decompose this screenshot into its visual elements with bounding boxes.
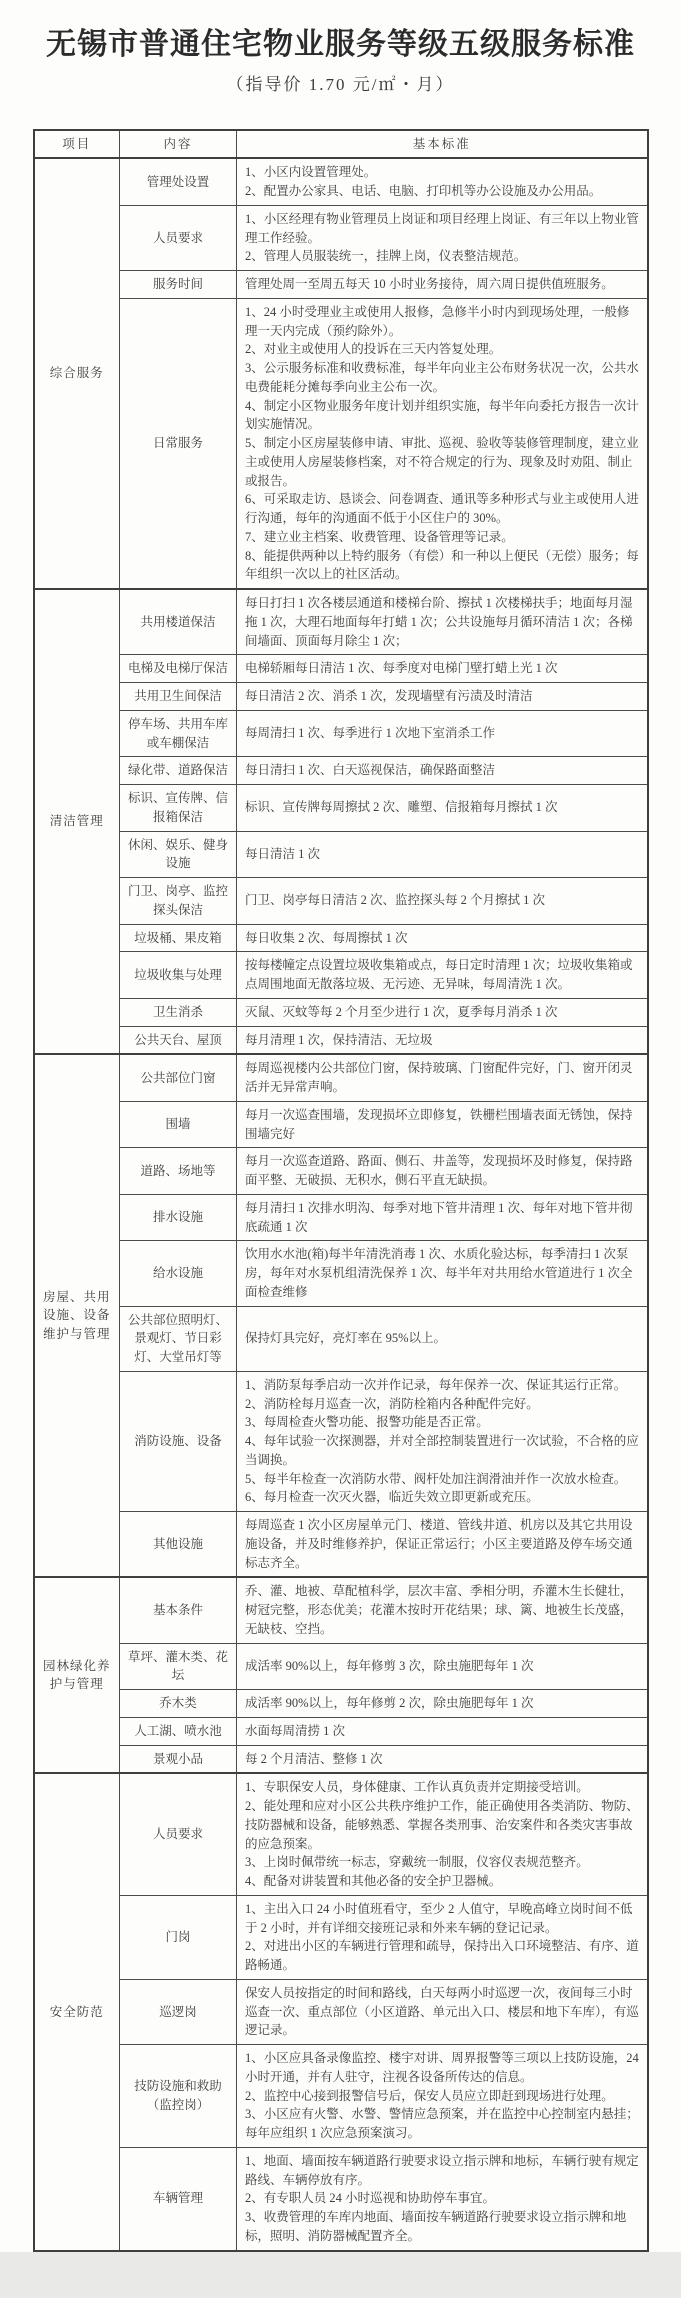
row-content: 保持灯具完好，亮灯率在 95%以上。: [237, 1306, 648, 1371]
table-row: 公共天台、屋顶 每月清理 1 次，保持清洁、无垃圾: [34, 1026, 648, 1054]
row-label: 绿化带、道路保洁: [120, 757, 237, 785]
table-row: 道路、场地等 每月一次巡查道路、路面、侧石、井盖等，发现损坏及时修复，保持路面平…: [34, 1148, 648, 1195]
header-standard: 基本标准: [237, 130, 648, 159]
section-title-cleaning: 清洁管理: [34, 589, 120, 1054]
section-title-facilities: 房屋、共用设施、设备维护与管理: [34, 1054, 120, 1577]
row-content: 1、消防泵每季启动一次并作记录，每年保养一次、保证其运行正常。 2、消防栓每月巡…: [237, 1371, 648, 1511]
table-row: 服务时间 管理处周一至周五每天 10 小时业务接待，周六周日提供值班服务。: [34, 271, 648, 299]
table-row: 给水设施 饮用水水池(箱)每半年清洗消毒 1 次、水质化验达标，每季清扫 1 次…: [34, 1241, 648, 1306]
page-subtitle: （指导价 1.70 元/㎡・月）: [0, 70, 681, 95]
page-bottom-margin: [0, 2276, 681, 2298]
table-row: 共用卫生间保洁 每日清洁 2 次、消杀 1 次，发现墙壁有污渍及时清洁: [34, 683, 648, 711]
section-title-security: 安全防范: [34, 1773, 120, 2250]
row-content: 保安人员按指定的时间和路线，白天每两小时巡逻一次，夜间每三小时巡查一次、重点部位…: [237, 1979, 648, 2044]
row-content: 每月清扫 1 次排水明沟、每季对地下管井清理 1 次、每年对地下管井彻底疏通 1…: [237, 1194, 648, 1241]
row-label: 共用卫生间保洁: [120, 683, 237, 711]
row-label: 人员要求: [120, 1773, 237, 1895]
row-content: 每月一次巡查围墙，发现损坏立即修复，铁栅栏围墙表面无锈蚀，保持围墙完好: [237, 1101, 648, 1148]
row-label: 停车场、共用车库或车棚保洁: [120, 710, 237, 757]
row-label: 电梯及电梯厅保洁: [120, 655, 237, 683]
row-content: 1、小区经理有物业管理员上岗证和项目经理上岗证、有三年以上物业管理工作经验。 2…: [237, 205, 648, 270]
row-content: 每日清扫 1 次、白天巡视保洁，确保路面整洁: [237, 757, 648, 785]
row-content: 每日清洁 2 次、消杀 1 次，发现墙壁有污渍及时清洁: [237, 683, 648, 711]
row-content: 每 2 个月清洁、整修 1 次: [237, 1745, 648, 1773]
row-content: 1、24 小时受理业主或使用人报修，急修半小时内到现场处理，一般修理一天内完成（…: [237, 298, 648, 589]
row-label: 共用楼道保洁: [120, 589, 237, 655]
table-row: 垃圾桶、果皮箱 每日收集 2 次、每周擦拭 1 次: [34, 924, 648, 952]
table-row: 消防设施、设备 1、消防泵每季启动一次并作记录，每年保养一次、保证其运行正常。 …: [34, 1371, 648, 1511]
row-content: 每日收集 2 次、每周擦拭 1 次: [237, 924, 648, 952]
row-content: 每日打扫 1 次各楼层通道和楼梯台阶、擦拭 1 次楼梯扶手；地面每月湿拖 1 次…: [237, 589, 648, 655]
table-row: 综合服务 管理处设置 1、小区内设置管理处。 2、配置办公家具、电话、电脑、打印…: [34, 158, 648, 205]
row-label: 卫生消杀: [120, 998, 237, 1026]
row-label: 消防设施、设备: [120, 1371, 237, 1511]
row-label: 技防设施和救助（监控岗）: [120, 2045, 237, 2148]
table-row: 标识、宣传牌、信报箱保洁 标识、宣传牌每周擦拭 2 次、雕塑、信报箱每月擦拭 1…: [34, 785, 648, 832]
table-row: 人员要求 1、小区经理有物业管理员上岗证和项目经理上岗证、有三年以上物业管理工作…: [34, 205, 648, 270]
row-content: 按每楼幢定点设置垃圾收集箱或点，每日定时清理 1 次；垃圾收集箱或点周围地面无散…: [237, 952, 648, 999]
table-row: 日常服务 1、24 小时受理业主或使用人报修，急修半小时内到现场处理，一般修理一…: [34, 298, 648, 589]
table-row: 技防设施和救助（监控岗） 1、小区应具备录像监控、楼宇对讲、周界报警等三项以上技…: [34, 2045, 648, 2148]
table-row: 绿化带、道路保洁 每日清扫 1 次、白天巡视保洁，确保路面整洁: [34, 757, 648, 785]
section-title-comprehensive: 综合服务: [34, 158, 120, 589]
header-content: 内容: [120, 130, 237, 159]
row-label: 景观小品: [120, 1745, 237, 1773]
row-label: 排水设施: [120, 1194, 237, 1241]
row-content: 门卫、岗亭每日清洁 2 次、监控探头每 2 个月擦拭 1 次: [237, 878, 648, 925]
service-standard-table: 项目 内容 基本标准 综合服务 管理处设置 1、小区内设置管理处。 2、配置办公…: [33, 129, 649, 2252]
header-project: 项目: [34, 130, 120, 159]
page-title: 无锡市普通住宅物业服务等级五级服务标准: [18, 26, 663, 64]
row-content: 1、地面、墙面按车辆道路行驶要求设立指示牌和地标，车辆行驶有规定路线、车辆停放有…: [237, 2147, 648, 2250]
row-content: 每日清洁 1 次: [237, 831, 648, 878]
table-row: 休闲、娱乐、健身设施 每日清洁 1 次: [34, 831, 648, 878]
row-content: 灭鼠、灭蚊等每 2 个月至少进行 1 次，夏季每月消杀 1 次: [237, 998, 648, 1026]
row-content: 每月清理 1 次，保持清洁、无垃圾: [237, 1026, 648, 1054]
table-row: 园林绿化养护与管理 基本条件 乔、灌、地被、草配植科学，层次丰富、季相分明，乔灌…: [34, 1577, 648, 1643]
row-label: 人工湖、喷水池: [120, 1717, 237, 1745]
table-row: 电梯及电梯厅保洁 电梯轿厢每日清洁 1 次、每季度对电梯门壁打蜡上光 1 次: [34, 655, 648, 683]
table-row: 围墙 每月一次巡查围墙，发现损坏立即修复，铁栅栏围墙表面无锈蚀，保持围墙完好: [34, 1101, 648, 1148]
section-title-landscaping: 园林绿化养护与管理: [34, 1577, 120, 1773]
row-content: 饮用水水池(箱)每半年清洗消毒 1 次、水质化验达标，每季清扫 1 次泵房，每年…: [237, 1241, 648, 1306]
row-content: 1、专职保安人员，身体健康、工作认真负责并定期接受培训。 2、能处理和应对小区公…: [237, 1773, 648, 1895]
row-content: 成活率 90%以上，每年修剪 3 次，除虫施肥每年 1 次: [237, 1643, 648, 1690]
table-row: 乔木类 成活率 90%以上，每年修剪 2 次，除虫施肥每年 1 次: [34, 1690, 648, 1718]
table-row: 景观小品 每 2 个月清洁、整修 1 次: [34, 1745, 648, 1773]
row-label: 管理处设置: [120, 158, 237, 205]
row-label: 公共部位门窗: [120, 1054, 237, 1101]
row-content: 1、小区内设置管理处。 2、配置办公家具、电话、电脑、打印机等办公设施及办公用品…: [237, 158, 648, 205]
table-row: 车辆管理 1、地面、墙面按车辆道路行驶要求设立指示牌和地标，车辆行驶有规定路线、…: [34, 2147, 648, 2250]
row-content: 1、主出入口 24 小时值班看守，至少 2 人值守，早晚高峰立岗时间不低于 2 …: [237, 1895, 648, 1979]
row-content: 每周清扫 1 次、每季进行 1 次地下室消杀工作: [237, 710, 648, 757]
row-label: 标识、宣传牌、信报箱保洁: [120, 785, 237, 832]
row-label: 车辆管理: [120, 2147, 237, 2250]
row-content: 水面每周清捞 1 次: [237, 1717, 648, 1745]
row-label: 人员要求: [120, 205, 237, 270]
row-content: 标识、宣传牌每周擦拭 2 次、雕塑、信报箱每月擦拭 1 次: [237, 785, 648, 832]
row-label: 给水设施: [120, 1241, 237, 1306]
row-label: 基本条件: [120, 1577, 237, 1643]
row-label: 其他设施: [120, 1512, 237, 1578]
row-label: 垃圾桶、果皮箱: [120, 924, 237, 952]
row-content: 成活率 90%以上，每年修剪 2 次，除虫施肥每年 1 次: [237, 1690, 648, 1718]
row-label: 公共天台、屋顶: [120, 1026, 237, 1054]
document-page: 无锡市普通住宅物业服务等级五级服务标准 （指导价 1.70 元/㎡・月） 项目 …: [0, 0, 681, 2252]
table-row: 排水设施 每月清扫 1 次排水明沟、每季对地下管井清理 1 次、每年对地下管井彻…: [34, 1194, 648, 1241]
row-label: 巡逻岗: [120, 1979, 237, 2044]
table-row: 其他设施 每周巡查 1 次小区房屋单元门、楼道、管线井道、机房以及其它共用设施设…: [34, 1512, 648, 1578]
row-label: 乔木类: [120, 1690, 237, 1718]
row-label: 道路、场地等: [120, 1148, 237, 1195]
row-content: 每月一次巡查道路、路面、侧石、井盖等，发现损坏及时修复，保持路面平整、无破损、无…: [237, 1148, 648, 1195]
row-label: 围墙: [120, 1101, 237, 1148]
table-row: 停车场、共用车库或车棚保洁 每周清扫 1 次、每季进行 1 次地下室消杀工作: [34, 710, 648, 757]
row-content: 电梯轿厢每日清洁 1 次、每季度对电梯门壁打蜡上光 1 次: [237, 655, 648, 683]
row-label: 门卫、岗亭、监控探头保洁: [120, 878, 237, 925]
table-row: 公共部位照明灯、景观灯、节日彩灯、大堂吊灯等 保持灯具完好，亮灯率在 95%以上…: [34, 1306, 648, 1371]
table-row: 安全防范 人员要求 1、专职保安人员，身体健康、工作认真负责并定期接受培训。 2…: [34, 1773, 648, 1895]
row-content: 每周巡查 1 次小区房屋单元门、楼道、管线井道、机房以及其它共用设施设备，并及时…: [237, 1512, 648, 1578]
row-content: 管理处周一至周五每天 10 小时业务接待，周六周日提供值班服务。: [237, 271, 648, 299]
row-label: 门岗: [120, 1895, 237, 1979]
row-content: 1、小区应具备录像监控、楼宇对讲、周界报警等三项以上技防设施，24 小时开通，并…: [237, 2045, 648, 2148]
table-row: 人工湖、喷水池 水面每周清捞 1 次: [34, 1717, 648, 1745]
table-row: 草坪、灌木类、花坛 成活率 90%以上，每年修剪 3 次，除虫施肥每年 1 次: [34, 1643, 648, 1690]
table-row: 卫生消杀 灭鼠、灭蚊等每 2 个月至少进行 1 次，夏季每月消杀 1 次: [34, 998, 648, 1026]
row-label: 日常服务: [120, 298, 237, 589]
row-label: 休闲、娱乐、健身设施: [120, 831, 237, 878]
row-label: 草坪、灌木类、花坛: [120, 1643, 237, 1690]
row-label: 服务时间: [120, 271, 237, 299]
table-row: 巡逻岗 保安人员按指定的时间和路线，白天每两小时巡逻一次，夜间每三小时巡查一次、…: [34, 1979, 648, 2044]
row-label: 垃圾收集与处理: [120, 952, 237, 999]
row-content: 每周巡视楼内公共部位门窗，保持玻璃、门窗配件完好，门、窗开闭灵活并无异常声响。: [237, 1054, 648, 1101]
row-content: 乔、灌、地被、草配植科学，层次丰富、季相分明，乔灌木生长健壮，树冠完整，形态优美…: [237, 1577, 648, 1643]
table-row: 清洁管理 共用楼道保洁 每日打扫 1 次各楼层通道和楼梯台阶、擦拭 1 次楼梯扶…: [34, 589, 648, 655]
table-row: 门卫、岗亭、监控探头保洁 门卫、岗亭每日清洁 2 次、监控探头每 2 个月擦拭 …: [34, 878, 648, 925]
table-row: 门岗 1、主出入口 24 小时值班看守，至少 2 人值守，早晚高峰立岗时间不低于…: [34, 1895, 648, 1979]
table-row: 房屋、共用设施、设备维护与管理 公共部位门窗 每周巡视楼内公共部位门窗，保持玻璃…: [34, 1054, 648, 1101]
row-label: 公共部位照明灯、景观灯、节日彩灯、大堂吊灯等: [120, 1306, 237, 1371]
table-row: 垃圾收集与处理 按每楼幢定点设置垃圾收集箱或点，每日定时清理 1 次；垃圾收集箱…: [34, 952, 648, 999]
table-header-row: 项目 内容 基本标准: [34, 130, 648, 159]
